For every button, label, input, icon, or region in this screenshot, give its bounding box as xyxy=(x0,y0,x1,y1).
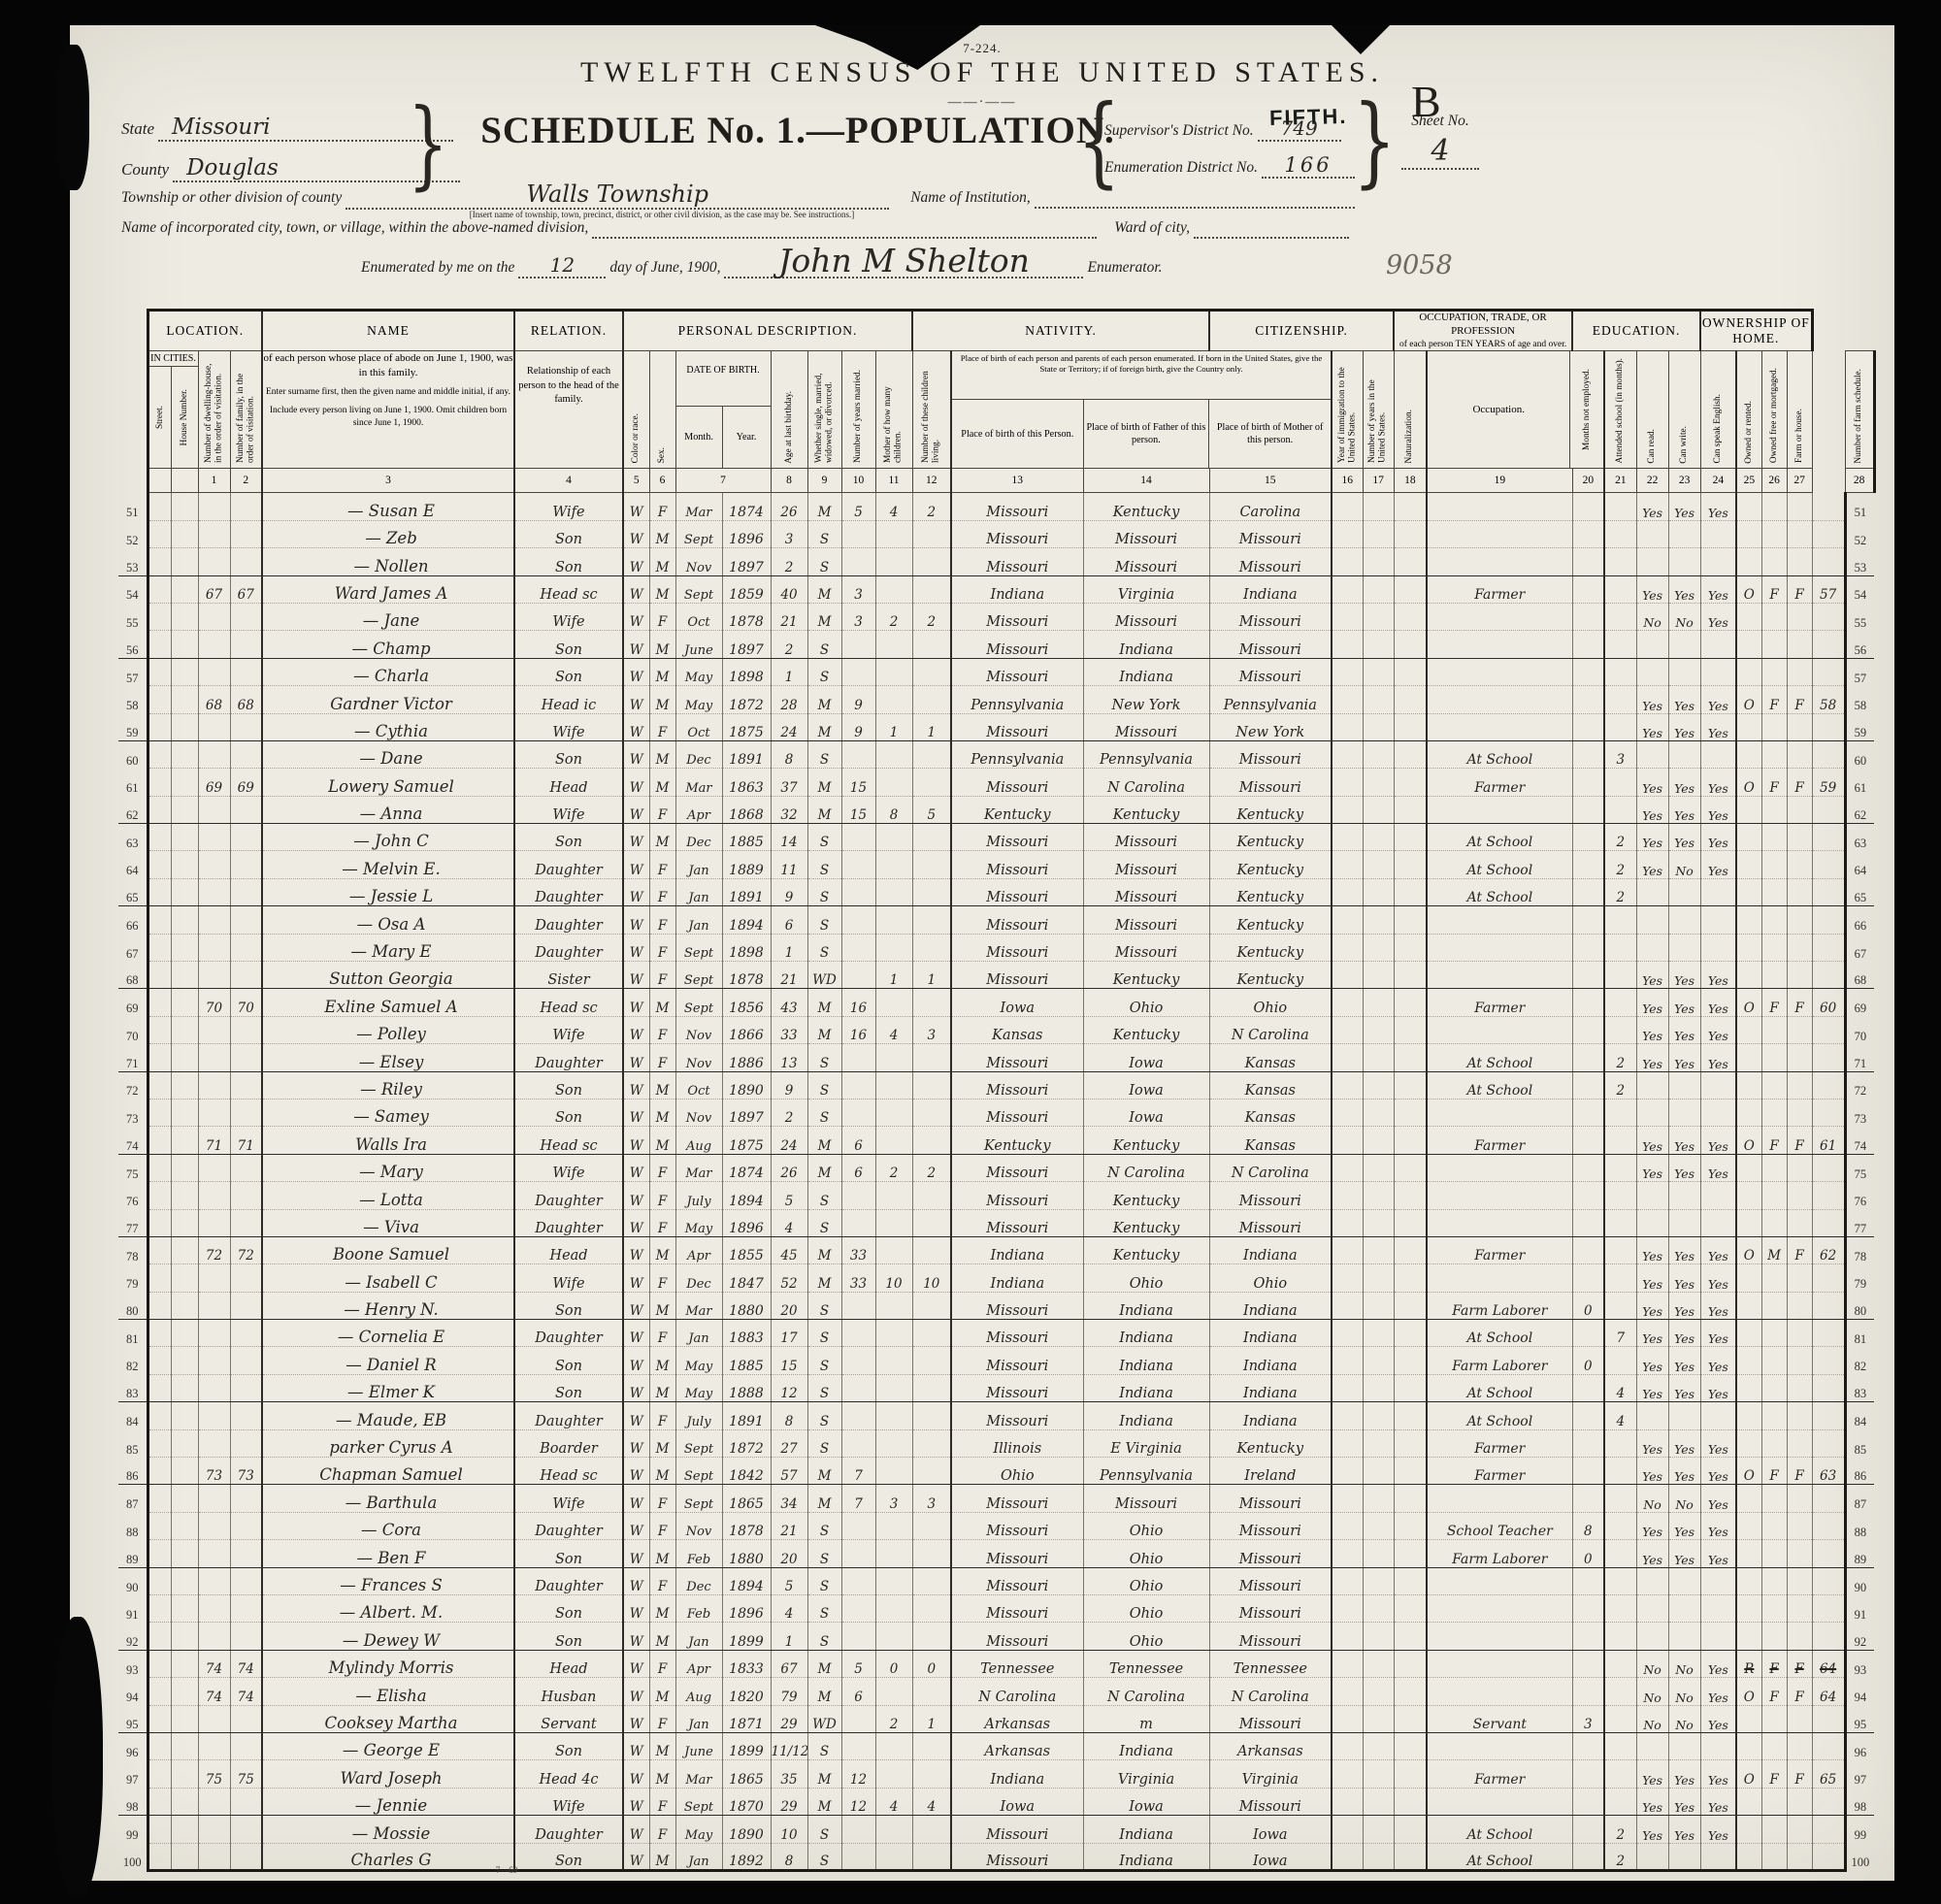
years-married-cell xyxy=(841,1099,875,1126)
schedule-title: SCHEDULE No. 1.—POPULATION. xyxy=(448,109,1147,152)
farm-or-house-cell: F xyxy=(1787,1650,1812,1677)
owned-free-cell xyxy=(1761,1264,1787,1292)
house-number-cell xyxy=(171,1732,198,1759)
mother-birthplace-cell: Iowa xyxy=(1209,1816,1332,1843)
children-living-cell: 4 xyxy=(912,1788,951,1815)
column-can-write: Can write. xyxy=(1668,351,1700,469)
dwelling-number-cell xyxy=(198,658,230,685)
owned-free-cell xyxy=(1761,740,1787,768)
relation-cell: Head sc xyxy=(514,1458,623,1485)
birthplace-cell: Missouri xyxy=(951,906,1083,934)
occupation-cell: At School xyxy=(1427,740,1572,768)
name-cell: — Viva xyxy=(262,1209,514,1236)
line-number: 77 xyxy=(118,1209,148,1236)
age-cell: 4 xyxy=(771,1209,807,1236)
line-number: 81 xyxy=(118,1320,148,1347)
naturalization-cell xyxy=(1394,878,1427,905)
birthplace-cell: Missouri xyxy=(951,1099,1083,1126)
farm-or-house-cell xyxy=(1787,906,1812,934)
marital-status-cell: S xyxy=(807,1512,841,1539)
marital-status-cell: S xyxy=(807,1182,841,1209)
owned-free-cell xyxy=(1761,1071,1787,1099)
relation-cell: Son xyxy=(514,1099,623,1126)
naturalization-cell xyxy=(1394,1154,1427,1181)
birth-month-cell: May xyxy=(675,1816,722,1843)
age-cell: 34 xyxy=(771,1485,807,1512)
years-married-cell: 33 xyxy=(841,1264,875,1292)
group-citizenship: CITIZENSHIP. xyxy=(1209,311,1394,351)
family-number-cell xyxy=(230,603,262,630)
census-title: TWELFTH CENSUS OF THE UNITED STATES. xyxy=(70,56,1894,89)
age-cell: 21 xyxy=(771,962,807,989)
dwelling-number-cell xyxy=(198,1843,230,1870)
dwelling-number-cell xyxy=(198,603,230,630)
column-number: 8 xyxy=(771,469,807,493)
marital-status-cell: M xyxy=(807,1236,841,1264)
table-row: 51— Susan EWifeWFMar187426M542MissouriKe… xyxy=(118,493,1874,520)
column-years-married-label: Number of years married. xyxy=(853,370,864,463)
line-number: 75 xyxy=(1845,1154,1874,1181)
mother-birthplace-cell: N Carolina xyxy=(1209,1016,1332,1043)
mother-birthplace-cell: Missouri xyxy=(1209,548,1332,575)
mother-of-children-cell xyxy=(875,906,912,934)
months-not-employed-cell xyxy=(1572,769,1604,796)
owned-free-cell xyxy=(1761,1788,1787,1815)
column-number: 18 xyxy=(1394,469,1427,493)
age-cell: 1 xyxy=(771,658,807,685)
city-label: Name of incorporated city, town, or vill… xyxy=(121,219,588,236)
sex-cell: M xyxy=(649,989,675,1016)
children-living-cell xyxy=(912,906,951,934)
relation-cell: Daughter xyxy=(514,1816,623,1843)
farm-or-house-cell: F xyxy=(1787,1760,1812,1788)
name-cell: — Jane xyxy=(262,603,514,630)
children-living-cell xyxy=(912,1127,951,1154)
birth-year-cell: 1865 xyxy=(722,1485,771,1512)
naturalization-cell xyxy=(1394,1347,1427,1374)
enumeration-district-value: 166 xyxy=(1262,153,1355,179)
months-not-employed-cell: 0 xyxy=(1572,1540,1604,1567)
table-row: 75— MaryWifeWFMar187426M622MissouriN Car… xyxy=(118,1154,1874,1181)
column-house-number: House Number. xyxy=(180,389,190,445)
immigration-year-cell xyxy=(1332,1567,1363,1594)
name-cell: Gardner Victor xyxy=(262,686,514,713)
street-cell xyxy=(148,1732,171,1759)
line-number: 88 xyxy=(118,1512,148,1539)
color-race-cell: W xyxy=(623,493,649,520)
years-married-cell xyxy=(841,934,875,961)
relation-cell: Husban xyxy=(514,1678,623,1705)
line-number: 57 xyxy=(118,658,148,685)
age-cell: 11 xyxy=(771,851,807,878)
sex-cell: F xyxy=(649,962,675,989)
months-not-employed-cell xyxy=(1572,1732,1604,1759)
children-living-cell xyxy=(912,1347,951,1374)
father-birthplace-cell: Missouri xyxy=(1083,934,1209,961)
name-cell: — Jessie L xyxy=(262,878,514,905)
years-in-us-cell xyxy=(1363,1485,1394,1512)
table-row: 697070Exline Samuel AHead scWMSept185643… xyxy=(118,989,1874,1016)
column-immigration-year: Year of immigration to the United States… xyxy=(1332,351,1363,469)
can-write-cell: Yes xyxy=(1668,769,1700,796)
color-race-cell: W xyxy=(623,713,649,740)
owned-or-rented-cell xyxy=(1736,740,1761,768)
can-speak-english-cell xyxy=(1700,1595,1736,1623)
owned-or-rented-cell: O xyxy=(1736,769,1761,796)
relation-cell: Son xyxy=(514,1623,623,1650)
can-read-cell xyxy=(1636,548,1668,575)
line-number: 58 xyxy=(1845,686,1874,713)
naturalization-cell xyxy=(1394,1402,1427,1429)
column-sex-label: Sex. xyxy=(657,447,668,463)
dwelling-number-cell xyxy=(198,1705,230,1732)
immigration-year-cell xyxy=(1332,686,1363,713)
mother-birthplace-cell: Missouri xyxy=(1209,631,1332,658)
farm-schedule-cell: 64 xyxy=(1812,1650,1845,1677)
farm-schedule-cell xyxy=(1812,740,1845,768)
family-number-cell xyxy=(230,1099,262,1126)
owned-free-cell xyxy=(1761,796,1787,823)
mother-of-children-cell xyxy=(875,1320,912,1347)
relation-cell: Daughter xyxy=(514,934,623,961)
family-number-cell xyxy=(230,1292,262,1319)
can-speak-english-cell: Yes xyxy=(1700,1429,1736,1457)
birth-year-cell: 1880 xyxy=(722,1292,771,1319)
immigration-year-cell xyxy=(1332,1182,1363,1209)
marital-status-cell: M xyxy=(807,1788,841,1815)
marital-status-cell: S xyxy=(807,1099,841,1126)
attended-school-cell xyxy=(1604,493,1636,520)
immigration-year-cell xyxy=(1332,520,1363,547)
district-stamp: FIFTH. xyxy=(1269,104,1348,131)
can-speak-english-cell xyxy=(1700,1567,1736,1594)
can-speak-english-cell: Yes xyxy=(1700,962,1736,989)
birth-year-cell: 1820 xyxy=(722,1678,771,1705)
can-read-cell: No xyxy=(1636,603,1668,630)
street-cell xyxy=(148,906,171,934)
birth-year-cell: 1866 xyxy=(722,1016,771,1043)
birth-month-cell: Oct xyxy=(675,603,722,630)
years-married-cell xyxy=(841,1347,875,1374)
owned-free-cell xyxy=(1761,1182,1787,1209)
mother-birthplace-cell: Kansas xyxy=(1209,1071,1332,1099)
relation-cell: Son xyxy=(514,1540,623,1567)
name-cell: Ward Joseph xyxy=(262,1760,514,1788)
table-row: 64— Melvin E.DaughterWFJan188911SMissour… xyxy=(118,851,1874,878)
can-write-cell: Yes xyxy=(1668,493,1700,520)
can-speak-english-cell: Yes xyxy=(1700,1016,1736,1043)
years-in-us-cell xyxy=(1363,1567,1394,1594)
years-in-us-cell xyxy=(1363,1458,1394,1485)
attended-school-cell xyxy=(1604,1485,1636,1512)
color-race-cell: W xyxy=(623,1567,649,1594)
farm-schedule-cell xyxy=(1812,1788,1845,1815)
naturalization-cell xyxy=(1394,520,1427,547)
owned-free-cell xyxy=(1761,1732,1787,1759)
mother-of-children-cell xyxy=(875,658,912,685)
children-living-cell xyxy=(912,1044,951,1071)
years-in-us-cell xyxy=(1363,1678,1394,1705)
color-race-cell: W xyxy=(623,603,649,630)
dwelling-number-cell xyxy=(198,1292,230,1319)
months-not-employed-cell xyxy=(1572,934,1604,961)
mother-birthplace-cell: Missouri xyxy=(1209,520,1332,547)
owned-or-rented-cell xyxy=(1736,1512,1761,1539)
can-write-cell: Yes xyxy=(1668,1760,1700,1788)
line-number: 52 xyxy=(1845,520,1874,547)
attended-school-cell: 4 xyxy=(1604,1374,1636,1401)
can-write-cell xyxy=(1668,1071,1700,1099)
months-not-employed-cell xyxy=(1572,824,1604,851)
name-cell: — Zeb xyxy=(262,520,514,547)
color-race-cell: W xyxy=(623,1320,649,1347)
family-number-cell: 70 xyxy=(230,989,262,1016)
family-number-cell xyxy=(230,1788,262,1815)
birth-month-cell: Jan xyxy=(675,906,722,934)
can-speak-english-cell xyxy=(1700,1182,1736,1209)
owned-or-rented-cell xyxy=(1736,1429,1761,1457)
column-number: 12 xyxy=(912,469,951,493)
immigration-year-cell xyxy=(1332,1485,1363,1512)
column-can-read: Can read. xyxy=(1636,351,1668,469)
years-married-cell: 6 xyxy=(841,1154,875,1181)
children-living-cell: 10 xyxy=(912,1264,951,1292)
line-number: 78 xyxy=(118,1236,148,1264)
birth-year-cell: 1888 xyxy=(722,1374,771,1401)
color-race-cell: W xyxy=(623,1678,649,1705)
name-cell: Exline Samuel A xyxy=(262,989,514,1016)
owned-or-rented-cell xyxy=(1736,1732,1761,1759)
can-speak-english-cell: Yes xyxy=(1700,1788,1736,1815)
birthplace-cell: Tennessee xyxy=(951,1650,1083,1677)
dwelling-number-cell xyxy=(198,1429,230,1457)
birth-month-cell: Jan xyxy=(675,1623,722,1650)
can-write-cell: Yes xyxy=(1668,824,1700,851)
name-cell: Mylindy Morris xyxy=(262,1650,514,1677)
sex-cell: M xyxy=(649,1760,675,1788)
years-married-cell xyxy=(841,1567,875,1594)
sex-cell: F xyxy=(649,1567,675,1594)
name-cell: — Jennie xyxy=(262,1788,514,1815)
dwelling-number-cell xyxy=(198,1154,230,1181)
attended-school-cell xyxy=(1604,713,1636,740)
line-number: 98 xyxy=(1845,1788,1874,1815)
can-write-cell xyxy=(1668,1595,1700,1623)
years-married-cell xyxy=(841,1071,875,1099)
father-birthplace-cell: Kentucky xyxy=(1083,1209,1209,1236)
house-number-cell xyxy=(171,1044,198,1071)
line-number: 54 xyxy=(1845,575,1874,603)
birthplace-cell: Missouri xyxy=(951,713,1083,740)
years-in-us-cell xyxy=(1363,1320,1394,1347)
birthplace-cell: Missouri xyxy=(951,934,1083,961)
owned-free-cell xyxy=(1761,1595,1787,1623)
immigration-year-cell xyxy=(1332,1016,1363,1043)
age-cell: 10 xyxy=(771,1816,807,1843)
house-number-cell xyxy=(171,796,198,823)
years-married-cell: 16 xyxy=(841,989,875,1016)
can-speak-english-cell xyxy=(1700,658,1736,685)
relation-cell: Daughter xyxy=(514,1402,623,1429)
father-birthplace-cell: Ohio xyxy=(1083,1595,1209,1623)
marital-status-cell: S xyxy=(807,1374,841,1401)
owned-free-cell xyxy=(1761,1402,1787,1429)
sex-cell: M xyxy=(649,658,675,685)
name-cell: Ward James A xyxy=(262,575,514,603)
farm-or-house-cell xyxy=(1787,1816,1812,1843)
years-married-cell xyxy=(841,631,875,658)
can-write-cell: Yes xyxy=(1668,1512,1700,1539)
birthplace-cell: Missouri xyxy=(951,1320,1083,1347)
birth-year-cell: 1885 xyxy=(722,1347,771,1374)
attended-school-cell xyxy=(1604,520,1636,547)
can-speak-english-cell xyxy=(1700,1209,1736,1236)
can-speak-english-cell: Yes xyxy=(1700,1374,1736,1401)
column-number: 21 xyxy=(1604,469,1636,493)
table-row: 747171Walls IraHead scWMAug187524M6Kentu… xyxy=(118,1127,1874,1154)
family-number-cell xyxy=(230,1402,262,1429)
father-birthplace-cell: Ohio xyxy=(1083,989,1209,1016)
line-number: 67 xyxy=(118,934,148,961)
birth-month-cell: Apr xyxy=(675,796,722,823)
institution-label: Name of Institution, xyxy=(910,189,1031,206)
months-not-employed-cell xyxy=(1572,1623,1604,1650)
naturalization-cell xyxy=(1394,1678,1427,1705)
owned-or-rented-cell xyxy=(1736,1182,1761,1209)
marital-status-cell: S xyxy=(807,1044,841,1071)
line-number: 60 xyxy=(1845,740,1874,768)
years-in-us-cell xyxy=(1363,962,1394,989)
relation-cell: Son xyxy=(514,631,623,658)
column-immigration-year-label: Year of immigration to the United States… xyxy=(1337,354,1358,463)
birth-month-cell: May xyxy=(675,1209,722,1236)
children-living-cell: 2 xyxy=(912,603,951,630)
months-not-employed-cell xyxy=(1572,1127,1604,1154)
table-row: 79— Isabell CWifeWFDec184752M331010India… xyxy=(118,1264,1874,1292)
house-number-cell xyxy=(171,1540,198,1567)
months-not-employed-cell: 8 xyxy=(1572,1512,1604,1539)
years-married-cell: 15 xyxy=(841,796,875,823)
months-not-employed-cell xyxy=(1572,658,1604,685)
line-number: 96 xyxy=(118,1732,148,1759)
owned-free-cell xyxy=(1761,1374,1787,1401)
father-birthplace-cell: Kentucky xyxy=(1083,962,1209,989)
farm-or-house-cell xyxy=(1787,631,1812,658)
street-cell xyxy=(148,1650,171,1677)
occupation-cell xyxy=(1427,962,1572,989)
farm-schedule-cell xyxy=(1812,631,1845,658)
father-birthplace-cell: m xyxy=(1083,1705,1209,1732)
mother-of-children-cell xyxy=(875,686,912,713)
can-write-cell xyxy=(1668,658,1700,685)
attended-school-cell: 2 xyxy=(1604,878,1636,905)
column-number xyxy=(148,469,171,493)
color-race-cell: W xyxy=(623,769,649,796)
family-number-cell xyxy=(230,1485,262,1512)
in-cities-header: IN CITIES. Street. House Number. xyxy=(148,351,198,469)
color-race-cell: W xyxy=(623,1429,649,1457)
owned-or-rented-cell xyxy=(1736,1705,1761,1732)
sex-cell: F xyxy=(649,603,675,630)
sex-cell: F xyxy=(649,1320,675,1347)
line-number: 95 xyxy=(1845,1705,1874,1732)
can-read-cell: No xyxy=(1636,1705,1668,1732)
sex-cell: M xyxy=(649,1127,675,1154)
mother-of-children-cell xyxy=(875,1236,912,1264)
date-of-birth-header: DATE OF BIRTH. Month. Year. xyxy=(675,351,771,469)
attended-school-cell xyxy=(1604,631,1636,658)
name-cell: Cooksey Martha xyxy=(262,1705,514,1732)
line-number: 69 xyxy=(1845,989,1874,1016)
immigration-year-cell xyxy=(1332,631,1363,658)
mother-birthplace-cell: Indiana xyxy=(1209,1292,1332,1319)
years-married-cell: 6 xyxy=(841,1678,875,1705)
column-color-race-label: Color or race. xyxy=(631,413,642,463)
owned-or-rented-cell xyxy=(1736,1485,1761,1512)
marital-status-cell: M xyxy=(807,686,841,713)
census-sheet-paper: 7-224. TWELFTH CENSUS OF THE UNITED STAT… xyxy=(70,25,1894,1881)
line-number: 93 xyxy=(1845,1650,1874,1677)
can-write-cell xyxy=(1668,1209,1700,1236)
name-cell: — Cythia xyxy=(262,713,514,740)
owned-or-rented-cell xyxy=(1736,1402,1761,1429)
group-location: LOCATION. xyxy=(148,311,262,351)
color-race-cell: W xyxy=(623,658,649,685)
owned-free-cell xyxy=(1761,1347,1787,1374)
occupation-cell: At School xyxy=(1427,1816,1572,1843)
owned-free-cell xyxy=(1761,906,1787,934)
line-number: 51 xyxy=(118,493,148,520)
age-cell: 1 xyxy=(771,934,807,961)
mother-of-children-cell xyxy=(875,878,912,905)
age-cell: 45 xyxy=(771,1236,807,1264)
birthplace-cell: Missouri xyxy=(951,548,1083,575)
attended-school-cell xyxy=(1604,1209,1636,1236)
children-living-cell xyxy=(912,1209,951,1236)
line-number: 89 xyxy=(1845,1540,1874,1567)
children-living-cell xyxy=(912,1567,951,1594)
attended-school-cell xyxy=(1604,1182,1636,1209)
family-number-cell xyxy=(230,934,262,961)
line-number: 80 xyxy=(118,1292,148,1319)
months-not-employed-cell xyxy=(1572,1071,1604,1099)
father-birthplace-cell: New York xyxy=(1083,686,1209,713)
farm-or-house-cell xyxy=(1787,1732,1812,1759)
owned-free-cell xyxy=(1761,1209,1787,1236)
children-living-cell: 2 xyxy=(912,1154,951,1181)
birth-year-cell: 1872 xyxy=(722,686,771,713)
months-not-employed-cell xyxy=(1572,1760,1604,1788)
dwelling-number-cell xyxy=(198,1788,230,1815)
birthplace-cell: Iowa xyxy=(951,989,1083,1016)
years-in-us-cell xyxy=(1363,1071,1394,1099)
attended-school-cell xyxy=(1604,1154,1636,1181)
street-cell xyxy=(148,548,171,575)
years-married-cell: 5 xyxy=(841,1650,875,1677)
naturalization-cell xyxy=(1394,1016,1427,1043)
owned-or-rented-cell xyxy=(1736,658,1761,685)
dwelling-number-cell: 68 xyxy=(198,686,230,713)
mother-birthplace-cell: Missouri xyxy=(1209,1705,1332,1732)
mother-birthplace-cell: Kentucky xyxy=(1209,906,1332,934)
color-race-cell: W xyxy=(623,1732,649,1759)
sex-cell: M xyxy=(649,1347,675,1374)
street-cell xyxy=(148,1705,171,1732)
mother-of-children-cell xyxy=(875,520,912,547)
can-read-cell: Yes xyxy=(1636,1016,1668,1043)
column-number: 19 xyxy=(1427,469,1572,493)
line-number: 67 xyxy=(1845,934,1874,961)
